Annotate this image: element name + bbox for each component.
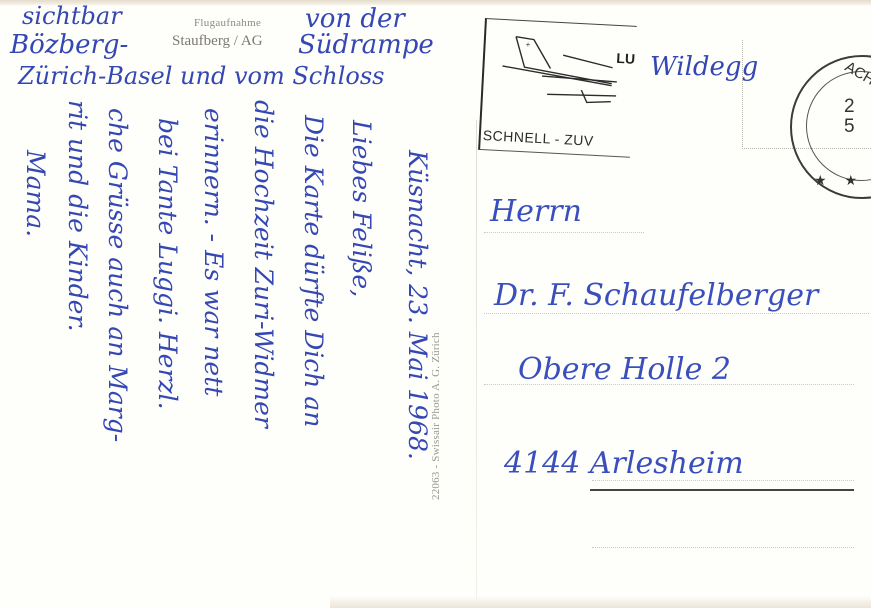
message-line-4: die Hochzeit Zuri-Widmer [249,100,278,428]
message-line-salutation: Liebes Feliße, [347,120,376,297]
handwriting-header-left-2: Bözberg- [10,30,128,60]
svg-text:+: + [525,40,530,49]
address-street: Obere Holle 2 [518,352,731,387]
message-line-3: Die Karte dürfte Dich an [299,115,328,427]
handwriting-header-left-1: sichtbar [22,2,122,30]
printed-caption-location: Staufberg / AG [172,33,263,50]
address-rule-2 [484,313,869,314]
message-line-5: erinnern. - Es war nett [199,108,228,396]
airplane-icon: + [490,26,624,113]
message-line-6: bei Tante Luggi. Herzl. [153,118,182,410]
cancel-slogan: SCHNELL - ZUV [482,127,594,149]
postmark-date-day: 2 [844,96,855,117]
postmark-date-month: 5 [844,116,855,137]
postmark-date: 2 5 [844,97,858,137]
airmail-cancellation: + LU SCHNELL - ZUV [478,18,637,158]
cancel-text-top: LU [616,50,635,67]
message-line-8: rit und die Kinder. [63,100,92,332]
center-divider-line [476,120,477,600]
address-underline [590,489,854,491]
address-city: 4144 Arlesheim [504,446,744,481]
bottom-edge-shadow [330,596,871,608]
postmark-stars: ★★ [814,173,871,190]
handwriting-header-left-3: Zürich-Basel und vom Schloss [18,62,384,90]
printed-caption-flugaufnahme: Flugaufnahme [194,17,261,29]
message-line-date: Küsnacht, 23. Mai 1968. [403,150,432,460]
postcard-back: Flugaufnahme Staufberg / AG 22063 - Swis… [0,0,871,608]
message-line-signature: Mama. [21,150,50,237]
postmark-inner-ring [806,71,871,181]
address-rule-1 [484,232,644,233]
address-rule-5 [592,547,854,548]
message-line-7: che Grüsse auch an Marg- [103,108,132,442]
address-name: Dr. F. Schaufelberger [494,278,818,313]
handwriting-header-right-2: Südrampe [298,30,434,60]
torn-top-edge [0,0,871,6]
address-salutation: Herrn [490,194,582,229]
